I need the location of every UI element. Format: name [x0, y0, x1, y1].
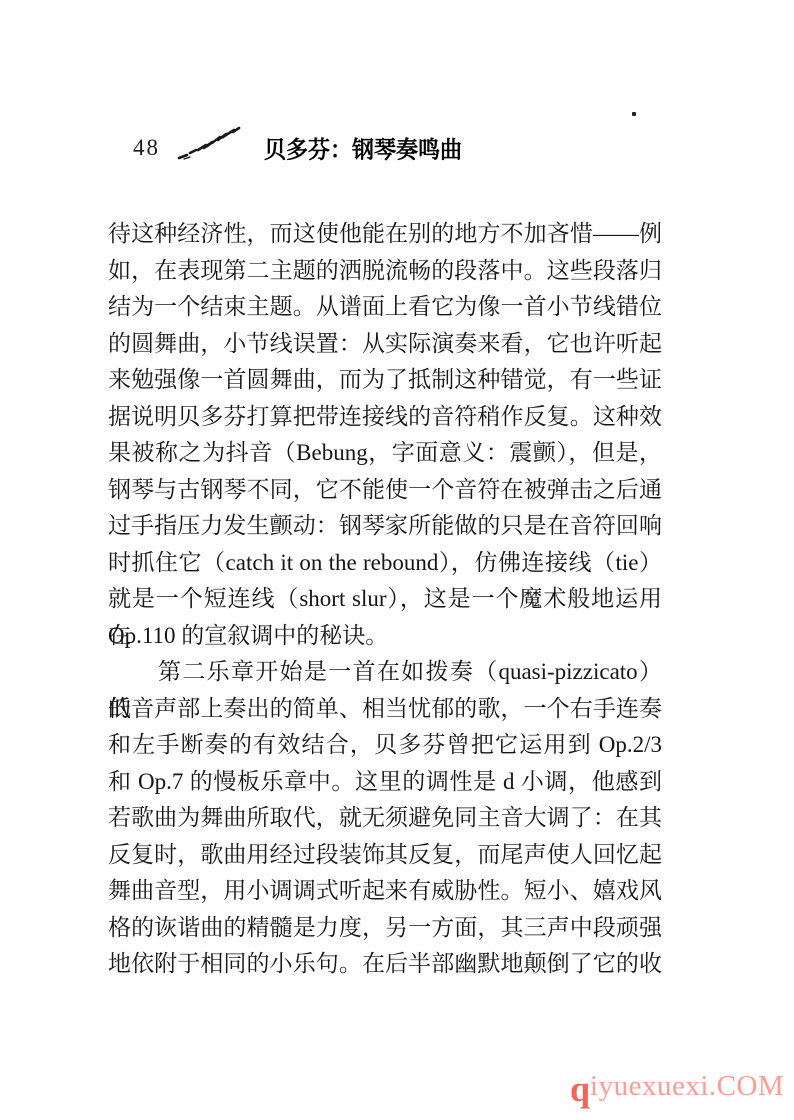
body-text-line: 低音声部上奏出的简单、相当忧郁的歌，一个右手连奏: [108, 691, 662, 728]
body-text-line: 若歌曲为舞曲所取代，就无须避免同主音大调了：在其: [108, 800, 662, 837]
watermark-text: iyuexuexi.COM: [590, 1070, 784, 1102]
body-text-line: 格的诙谐曲的精髓是力度，另一方面，其三声中段顽强: [108, 910, 662, 947]
page-number: 48: [133, 135, 160, 161]
body-text-line: 时抓住它（catch it on the rebound），仿佛连接线（tie）: [108, 545, 662, 582]
body-text-line: 待这种经济性，而这使他能在别的地方不加吝惜——例: [108, 216, 662, 253]
body-text-line: 地依附于相同的小乐句。在后半部幽默地颠倒了它的收: [108, 946, 662, 983]
scanned-book-page: 48 贝多芬：钢琴奏鸣曲 待这种经济性，而这使他能在别的地方不加吝惜——例如，在…: [0, 0, 794, 1120]
body-text-line: 据说明贝多芬打算把带连接线的音符稍作反复。这种效: [108, 399, 662, 436]
body-text-line: 就是一个短连线（short slur），这是一个魔术般地运用在: [108, 581, 662, 618]
body-text-line: 反复时，歌曲用经过段装饰其反复，而尾声使人回忆起: [108, 837, 662, 874]
body-text-line: 和左手断奏的有效结合，贝多芬曾把它运用到 Op.2/3: [108, 727, 662, 764]
body-text-line: 如，在表现第二主题的洒脱流畅的段落中。这些段落归: [108, 253, 662, 290]
brush-stroke-icon: [176, 124, 242, 162]
body-text: 待这种经济性，而这使他能在别的地方不加吝惜——例如，在表现第二主题的洒脱流畅的段…: [108, 216, 662, 983]
body-text-line: 和 Op.7 的慢板乐章中。这里的调性是 d 小调，他感到: [108, 764, 662, 801]
body-text-line: 来勉强像一首圆舞曲，而为了抵制这种错觉，有一些证: [108, 362, 662, 399]
body-text-line: 第二乐章开始是一首在如拨奏（quasi-pizzicato）的: [108, 654, 662, 691]
body-text-line: 过手指压力发生颤动：钢琴家所能做的只是在音符回响: [108, 508, 662, 545]
body-text-line: 果被称之为抖音（Bebung，字面意义：震颤），但是，: [108, 435, 662, 472]
page-header-title: 贝多芬：钢琴奏鸣曲: [264, 132, 462, 165]
watermark-lead-letter: q: [570, 1069, 590, 1109]
body-text-line: Op.110 的宣叙调中的秘诀。: [108, 618, 662, 655]
watermark: qiyuexuexi.COM: [570, 1066, 784, 1106]
body-text-line: 的圆舞曲，小节线误置：从实际演奏来看，它也许听起: [108, 326, 662, 363]
body-text-line: 舞曲音型，用小调调式听起来有威胁性。短小、嬉戏风: [108, 873, 662, 910]
body-text-line: 钢琴与古钢琴不同，它不能使一个音符在被弹击之后通: [108, 472, 662, 509]
scan-artifact-dot: [632, 112, 636, 116]
body-text-line: 结为一个结束主题。从谱面上看它为像一首小节线错位: [108, 289, 662, 326]
